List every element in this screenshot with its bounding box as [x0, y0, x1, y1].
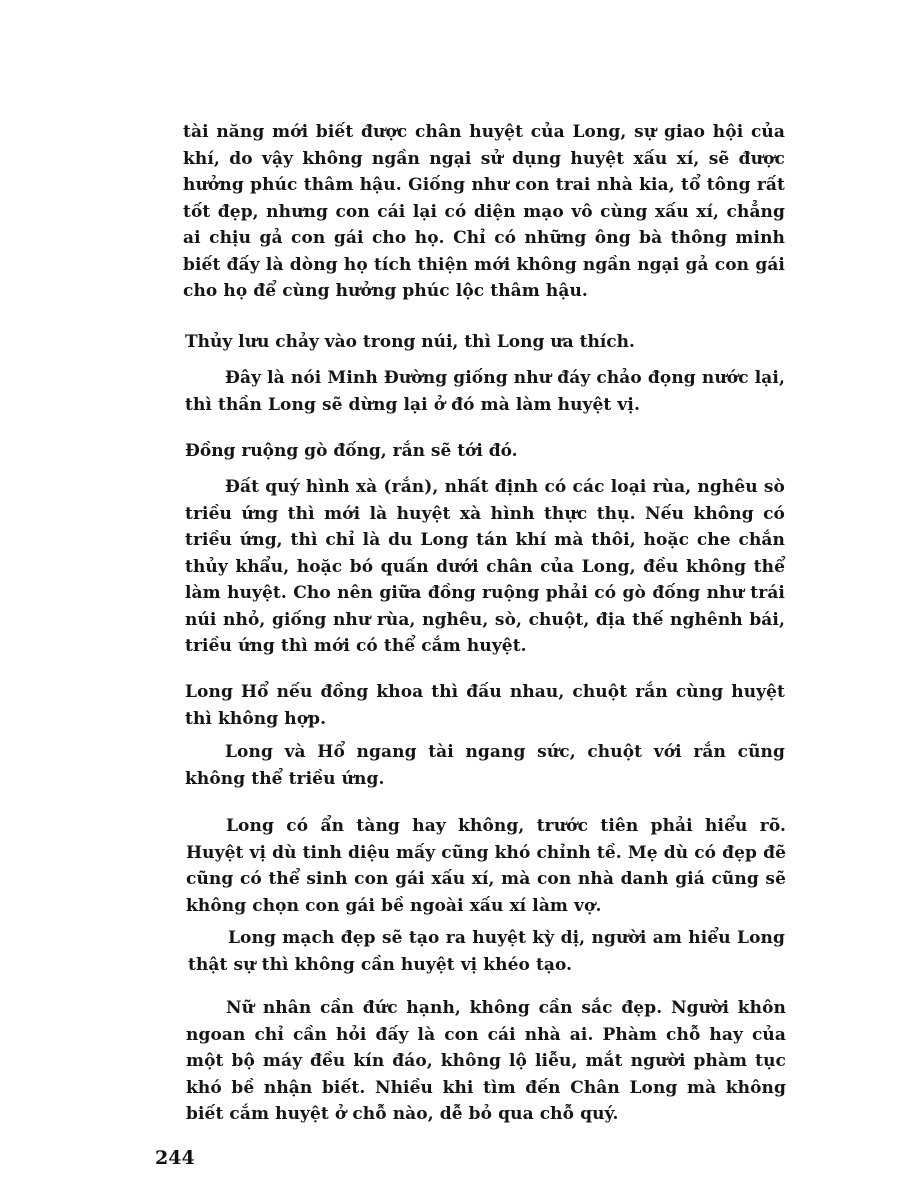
- continuation-paragraph: tài năng mới biết được chân huyệt của Lo…: [183, 119, 785, 305]
- commentary-water-flow: Đây là nói Minh Đường giống như đáy chảo…: [185, 365, 785, 418]
- verse-water-flow: Thủy lưu chảy vào trong núi, thì Long ưa…: [185, 329, 785, 356]
- verse-field-mounds: Đồng ruộng gò đống, rắn sẽ tới đó.: [185, 438, 785, 465]
- commentary-dragon-tiger: Long và Hổ ngang tài ngang sức, chuột vớ…: [185, 739, 785, 792]
- page-number: 244: [155, 1147, 195, 1169]
- commentary-field-mounds: Đất quý hình xà (rắn), nhất định có các …: [185, 474, 785, 660]
- commentary-hidden-dragon: Long mạch đẹp sẽ tạo ra huyệt kỳ dị, ngư…: [188, 925, 785, 978]
- verse-hidden-dragon: Long có ẩn tàng hay không, trước tiên ph…: [186, 813, 786, 919]
- verse-dragon-tiger: Long Hổ nếu đồng khoa thì đấu nhau, chuộ…: [185, 679, 785, 732]
- book-page: tài năng mới biết được chân huyệt của Lo…: [0, 0, 921, 1200]
- verse-virtue: Nữ nhân cần đức hạnh, không cần sắc đẹp.…: [186, 995, 786, 1128]
